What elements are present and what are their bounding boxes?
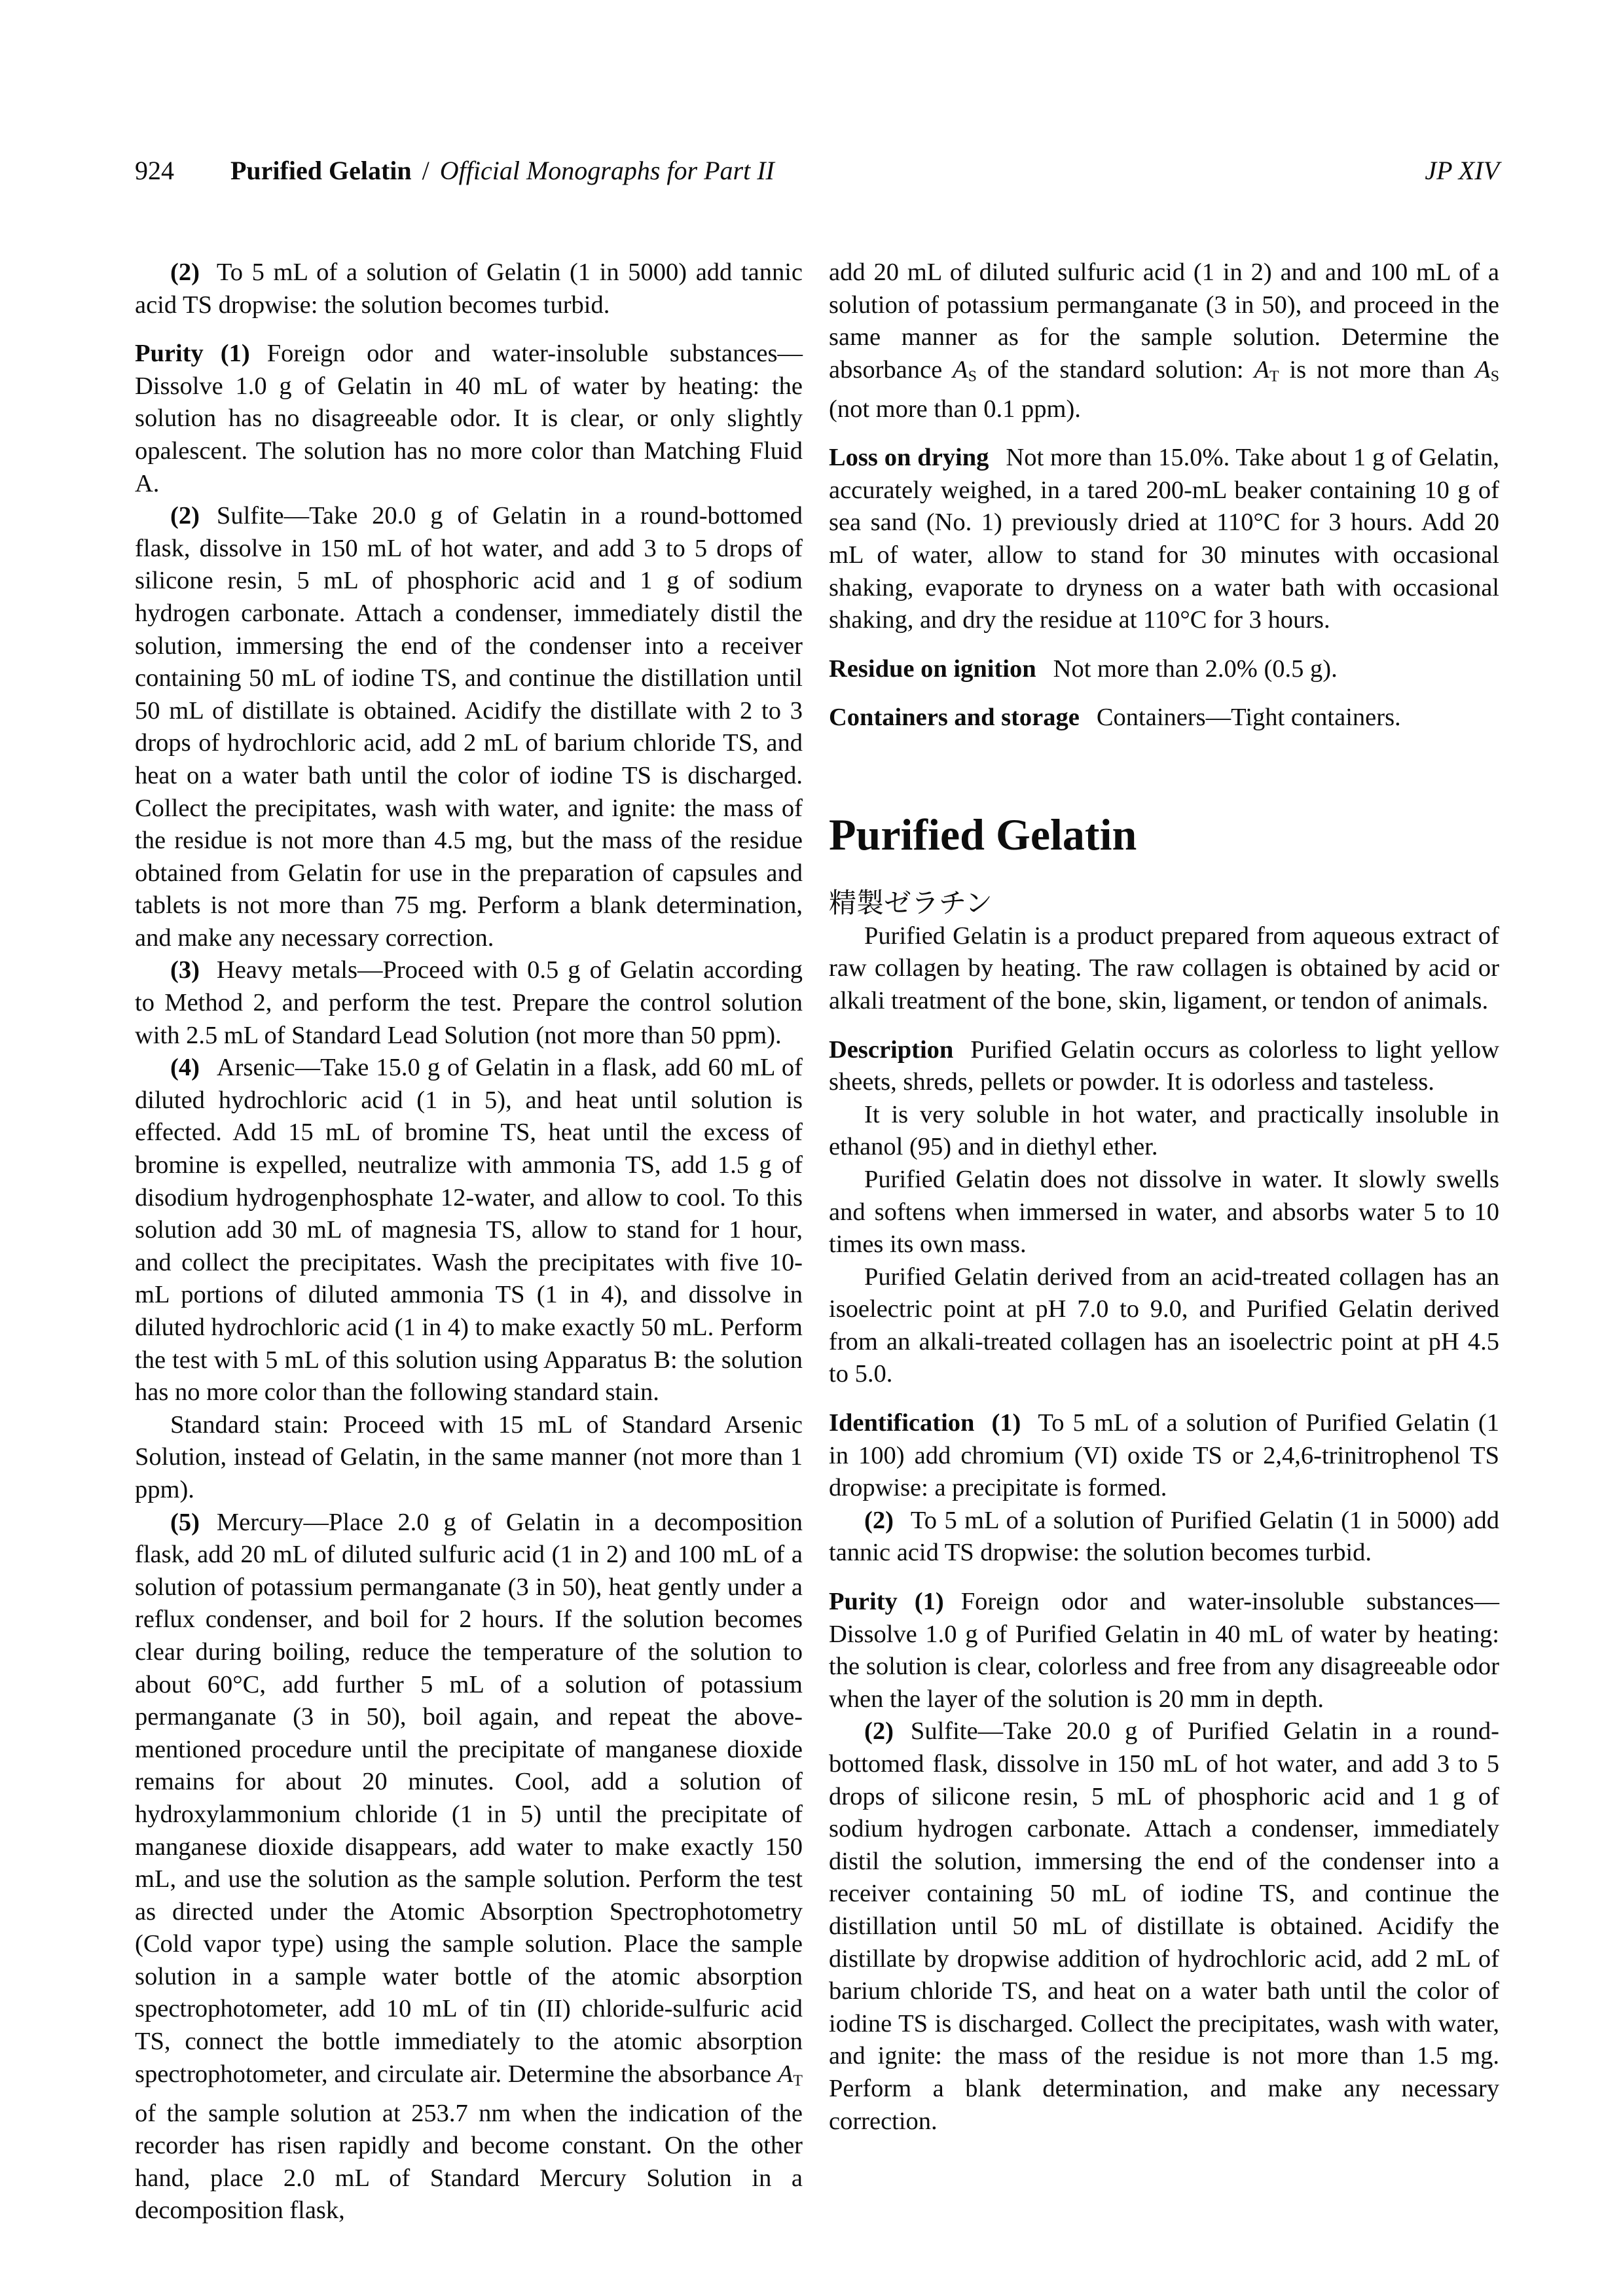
text-run: Purified Gelatin derived from an acid-tr…	[829, 1263, 1499, 1388]
left-column: (2)To 5 mL of a solution of Gelatin (1 i…	[135, 257, 803, 2227]
text-run: is not more than	[1279, 356, 1476, 384]
item-label: (1)	[221, 340, 250, 367]
description-swelling-paragraph: Purified Gelatin does not dissolve in wa…	[829, 1164, 1499, 1261]
section-label: Purity	[829, 1588, 898, 1615]
absorbance-subscript: S	[1491, 368, 1499, 385]
monograph-title: Purified Gelatin	[829, 812, 1499, 858]
containers-and-storage-paragraph: Containers and storageContainers—Tight c…	[829, 702, 1499, 734]
right-column: add 20 mL of diluted sulfuric acid (1 in…	[829, 257, 1499, 2227]
text-run: of the sample solution at 253.7 nm when …	[135, 2100, 803, 2225]
standard-stain-paragraph: Standard stain: Proceed with 15 mL of St…	[135, 1409, 803, 1507]
page-header: 924 Purified Gelatin / Official Monograp…	[135, 156, 1499, 186]
edition-label: JP XIV	[1425, 156, 1499, 186]
purity-3-heavy-metals-paragraph: (3)Heavy metals—Proceed with 0.5 g of Ge…	[135, 954, 803, 1052]
item-label: (2)	[170, 259, 200, 286]
text-run: To 5 mL of a solution of Purified Gelati…	[829, 1507, 1499, 1567]
monograph-japanese-title: 精製ゼラチン	[829, 887, 1499, 920]
scanned-monograph-page: 924 Purified Gelatin / Official Monograp…	[0, 0, 1623, 2296]
item-label: (2)	[864, 1507, 894, 1534]
section-label: Identification	[829, 1409, 974, 1437]
section-label: Loss on drying	[829, 444, 989, 471]
item-label: (4)	[170, 1054, 200, 1081]
item-label: (5)	[170, 1509, 200, 1536]
two-column-body: (2)To 5 mL of a solution of Gelatin (1 i…	[135, 257, 1499, 2227]
text-run: Mercury—Place 2.0 g of Gelatin in a deco…	[135, 1509, 803, 2088]
text-run: (not more than 0.1 ppm).	[829, 395, 1081, 423]
purity-section-paragraph: Purity(1)Foreign odor and water-insolubl…	[135, 338, 803, 500]
running-title-bold: Purified Gelatin	[230, 156, 412, 186]
absorbance-symbol: A	[1254, 356, 1269, 384]
section-label: Description	[829, 1036, 953, 1064]
text-run: Purified Gelatin is a product prepared f…	[829, 922, 1499, 1014]
text-run: of the standard solution:	[977, 356, 1254, 384]
text-run: Not more than 2.0% (0.5 g).	[1053, 655, 1338, 683]
purity-4-arsenic-paragraph: (4)Arsenic—Take 15.0 g of Gelatin in a f…	[135, 1052, 803, 1409]
absorbance-subscript: T	[1269, 368, 1279, 385]
item-label: (2)	[170, 502, 200, 529]
text-run: Purified Gelatin does not dissolve in wa…	[829, 1166, 1499, 1258]
text-run: Containers—Tight containers.	[1097, 704, 1401, 731]
monograph-intro-paragraph: Purified Gelatin is a product prepared f…	[829, 920, 1499, 1018]
absorbance-subscript: T	[793, 2072, 803, 2089]
description-isoelectric-paragraph: Purified Gelatin derived from an acid-tr…	[829, 1261, 1499, 1391]
section-label: Residue on ignition	[829, 655, 1036, 683]
mercury-continuation-paragraph: add 20 mL of diluted sulfuric acid (1 in…	[829, 257, 1499, 425]
loss-on-drying-paragraph: Loss on dryingNot more than 15.0%. Take …	[829, 442, 1499, 637]
purity-5-mercury-paragraph: (5)Mercury—Place 2.0 g of Gelatin in a d…	[135, 1507, 803, 2227]
purity-section-paragraph: Purity(1)Foreign odor and water-insolubl…	[829, 1586, 1499, 1715]
item-label: (2)	[864, 1717, 894, 1745]
item-label: (1)	[991, 1409, 1021, 1437]
text-run: To 5 mL of a solution of Gelatin (1 in 5…	[135, 259, 803, 319]
section-label: Containers and storage	[829, 704, 1080, 731]
absorbance-symbol: A	[953, 356, 968, 384]
text-run: Standard stain: Proceed with 15 mL of St…	[135, 1411, 803, 1503]
running-title-italic: Official Monographs for Part II	[440, 156, 775, 186]
text-run: Sulfite—Take 20.0 g of Gelatin in a roun…	[135, 502, 803, 952]
description-solubility-paragraph: It is very soluble in hot water, and pra…	[829, 1099, 1499, 1164]
item-label: (1)	[915, 1588, 944, 1615]
identification-2-tail-paragraph: (2)To 5 mL of a solution of Gelatin (1 i…	[135, 257, 803, 321]
residue-on-ignition-paragraph: Residue on ignitionNot more than 2.0% (0…	[829, 653, 1499, 686]
text-run: Sulfite—Take 20.0 g of Purified Gelatin …	[829, 1717, 1499, 2134]
text-run: Not more than 15.0%. Take about 1 g of G…	[829, 444, 1499, 634]
absorbance-symbol: A	[1475, 356, 1491, 384]
description-paragraph: DescriptionPurified Gelatin occurs as co…	[829, 1034, 1499, 1099]
purity-2-sulfite-paragraph: (2)Sulfite—Take 20.0 g of Gelatin in a r…	[135, 500, 803, 954]
absorbance-symbol: A	[778, 2060, 793, 2088]
purity-2-sulfite-paragraph: (2)Sulfite—Take 20.0 g of Purified Gelat…	[829, 1715, 1499, 2138]
text-run: Arsenic—Take 15.0 g of Gelatin in a flas…	[135, 1054, 803, 1406]
section-label: Purity	[135, 340, 204, 367]
item-label: (3)	[170, 956, 200, 984]
running-title-separator: /	[422, 156, 429, 186]
identification-2-paragraph: (2)To 5 mL of a solution of Purified Gel…	[829, 1505, 1499, 1570]
absorbance-subscript: S	[968, 368, 977, 385]
identification-section-paragraph: Identification(1)To 5 mL of a solution o…	[829, 1407, 1499, 1505]
page-number: 924	[135, 156, 174, 186]
text-run: It is very soluble in hot water, and pra…	[829, 1101, 1499, 1161]
text-run: Heavy metals—Proceed with 0.5 g of Gelat…	[135, 956, 803, 1049]
